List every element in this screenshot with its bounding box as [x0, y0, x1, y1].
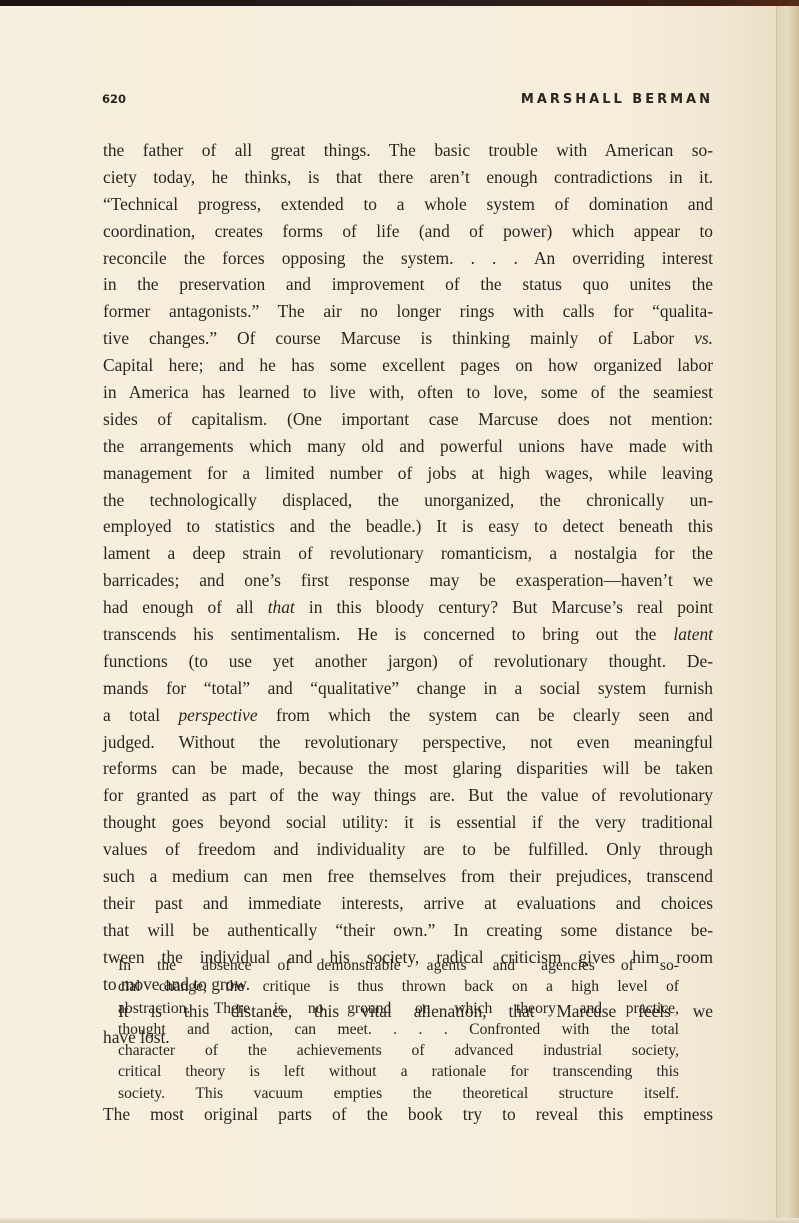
text-line: that will be authentically “their own.” … — [103, 917, 713, 944]
text-line: sides of capitalism. (One important case… — [103, 406, 713, 433]
continuation-paragraph: The most original parts of the book try … — [103, 1101, 713, 1128]
text-fragment: in this bloody century? But Marcuse’s re… — [295, 597, 713, 617]
quote-line: critical theory is left without a ration… — [118, 1061, 679, 1082]
text-line: barricades; and one’s first response may… — [103, 567, 713, 594]
text-line: “Technical progress, extended to a whole… — [103, 191, 713, 218]
text-line: transcends his sentimentalism. He is con… — [103, 621, 713, 648]
text-line: had enough of all that in this bloody ce… — [103, 594, 713, 621]
text-line: in America has learned to live with, oft… — [103, 379, 713, 406]
text-fragment: transcends his sentimentalism. He is con… — [103, 624, 673, 644]
text-line: mands for “total” and “qualitative” chan… — [103, 675, 713, 702]
paragraph-1: the father of all great things. The basi… — [103, 137, 713, 998]
italic-emphasis: latent — [673, 624, 713, 644]
italic-emphasis: perspective — [178, 705, 257, 725]
running-head: 620 MARSHALL BERMAN — [102, 92, 713, 110]
text-line: a total perspective from which the syste… — [103, 702, 713, 729]
text-line: reconcile the forces opposing the system… — [103, 245, 713, 272]
text-line: the technologically displaced, the unorg… — [103, 487, 713, 514]
text-line: the arrangements which many old and powe… — [103, 433, 713, 460]
text-line: lament a deep strain of revolutionary ro… — [103, 540, 713, 567]
quote-line: cial change, the critique is thus thrown… — [118, 976, 679, 997]
text-line: their past and immediate interests, arri… — [103, 890, 713, 917]
text-line: reforms can be made, because the most gl… — [103, 755, 713, 782]
text-fragment: had enough of all — [103, 597, 268, 617]
text-line: former antagonists.” The air no longer r… — [103, 298, 713, 325]
page-bottom-edge — [0, 1218, 799, 1223]
text-line: employed to statistics and the beadle.) … — [103, 513, 713, 540]
body-text: the father of all great things. The basi… — [103, 137, 713, 1051]
text-line: coordination, creates forms of life (and… — [103, 218, 713, 245]
text-fragment: from which the system can be clearly see… — [258, 705, 713, 725]
text-line: tive changes.” Of course Marcuse is thin… — [103, 325, 713, 352]
text-line: ciety today, he thinks, is that there ar… — [103, 164, 713, 191]
text-line: in the preservation and improvement of t… — [103, 271, 713, 298]
quotation-paragraph: In the absence of demonstrable agents an… — [118, 955, 679, 1104]
page-stack-edge — [776, 6, 799, 1223]
text-line: The most original parts of the book try … — [103, 1101, 713, 1128]
running-head-author: MARSHALL BERMAN — [521, 92, 713, 107]
text-line: thought goes beyond social utility: it i… — [103, 809, 713, 836]
text-fragment: a total — [103, 705, 178, 725]
text-line: management for a limited number of jobs … — [103, 460, 713, 487]
text-line: values of freedom and individuality are … — [103, 836, 713, 863]
quote-line: character of the achievements of advance… — [118, 1040, 679, 1061]
text-line: Capital here; and he has some excellent … — [103, 352, 713, 379]
quote-line: thought and action, can meet. . . . Conf… — [118, 1019, 679, 1040]
text-line: such a medium can men free themselves fr… — [103, 863, 713, 890]
italic-emphasis: that — [268, 597, 295, 617]
text-line: judged. Without the revolutionary perspe… — [103, 729, 713, 756]
italic-emphasis: vs. — [694, 328, 713, 348]
page-number: 620 — [102, 92, 126, 106]
quote-line: In the absence of demonstrable agents an… — [118, 955, 679, 976]
text-line: the father of all great things. The basi… — [103, 137, 713, 164]
text-line: for granted as part of the way things ar… — [103, 782, 713, 809]
quote-line: abstraction. There is no ground on which… — [118, 998, 679, 1019]
block-quotation: In the absence of demonstrable agents an… — [118, 955, 679, 1104]
text-line: functions (to use yet another jargon) of… — [103, 648, 713, 675]
text-fragment: tive changes.” Of course Marcuse is thin… — [103, 328, 694, 348]
